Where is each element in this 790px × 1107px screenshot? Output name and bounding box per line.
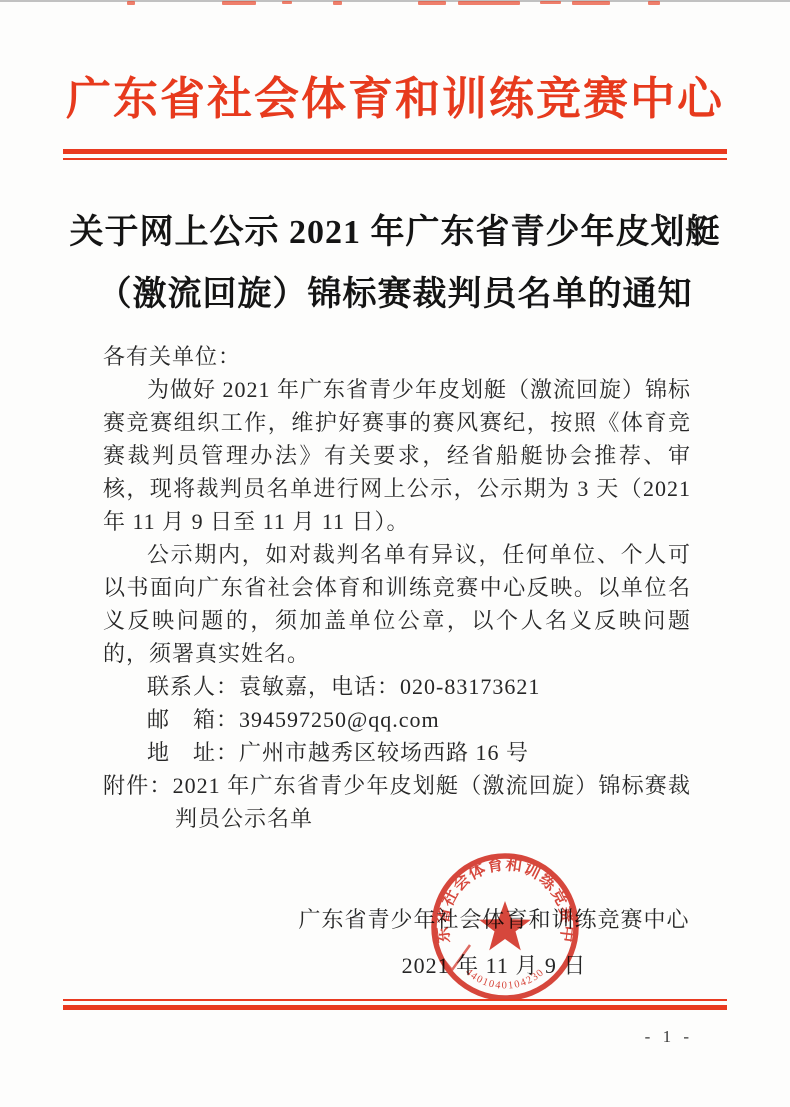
letterhead-rule-thick — [63, 149, 727, 154]
signature-org: 广东省青少年社会体育和训练竞赛中心 — [297, 903, 691, 934]
scan-artifact — [418, 1, 446, 5]
doc-title-line1: 关于网上公示 2021 年广东省青少年皮划艇 — [0, 204, 790, 253]
signature-date: 2021 年 11 月 9 日 — [297, 949, 691, 980]
doc-body: 各有关单位： 为做好 2021 年广东省青少年皮划艇（激流回旋）锦标赛竞赛组织工… — [103, 340, 691, 835]
scan-artifact — [282, 1, 292, 4]
contact-address-line: 地 址：广州市越秀区较场西路 16 号 — [103, 736, 691, 769]
scan-top-edge — [0, 0, 790, 2]
page-number: - 1 - — [645, 1027, 693, 1047]
document-page: 广东省社会体育和训练竞赛中心 关于网上公示 2021 年广东省青少年皮划艇 （激… — [0, 0, 790, 1107]
contact-email-line: 邮 箱：394597250@qq.com — [103, 703, 691, 736]
footer-rule-thin — [63, 999, 727, 1001]
contact-person-line: 联系人：袁敏嘉，电话：020-83173621 — [103, 670, 691, 703]
scan-artifact — [458, 1, 520, 5]
scan-artifact — [648, 1, 660, 5]
attachment-line: 附件：2021 年广东省青少年皮划艇（激流回旋）锦标赛裁判员公示名单 — [103, 769, 691, 835]
attachment-label: 附件： — [103, 773, 173, 798]
paragraph-2: 公示期内，如对裁判名单有异议，任何单位、个人可以书面向广东省社会体育和训练竞赛中… — [103, 538, 691, 670]
signature-block: 广东省青少年社会体育和训练竞赛中心 2021 年 11 月 9 日 — [297, 903, 691, 980]
salutation: 各有关单位： — [103, 340, 691, 373]
letterhead-rule-thin — [63, 158, 727, 160]
scan-artifact — [127, 1, 135, 5]
scan-artifact — [572, 1, 610, 5]
scan-artifact — [333, 1, 342, 5]
letterhead-org-name: 广东省社会体育和训练竞赛中心 — [0, 62, 790, 127]
attachment-text: 2021 年广东省青少年皮划艇（激流回旋）锦标赛裁判员公示名单 — [173, 773, 691, 831]
doc-title-line2: （激流回旋）锦标赛裁判员名单的通知 — [0, 266, 790, 315]
scan-artifact — [540, 1, 561, 4]
footer-rule-thick — [63, 1005, 727, 1010]
paragraph-1: 为做好 2021 年广东省青少年皮划艇（激流回旋）锦标赛竞赛组织工作，维护好赛事… — [103, 373, 691, 538]
scan-artifact — [222, 1, 256, 5]
